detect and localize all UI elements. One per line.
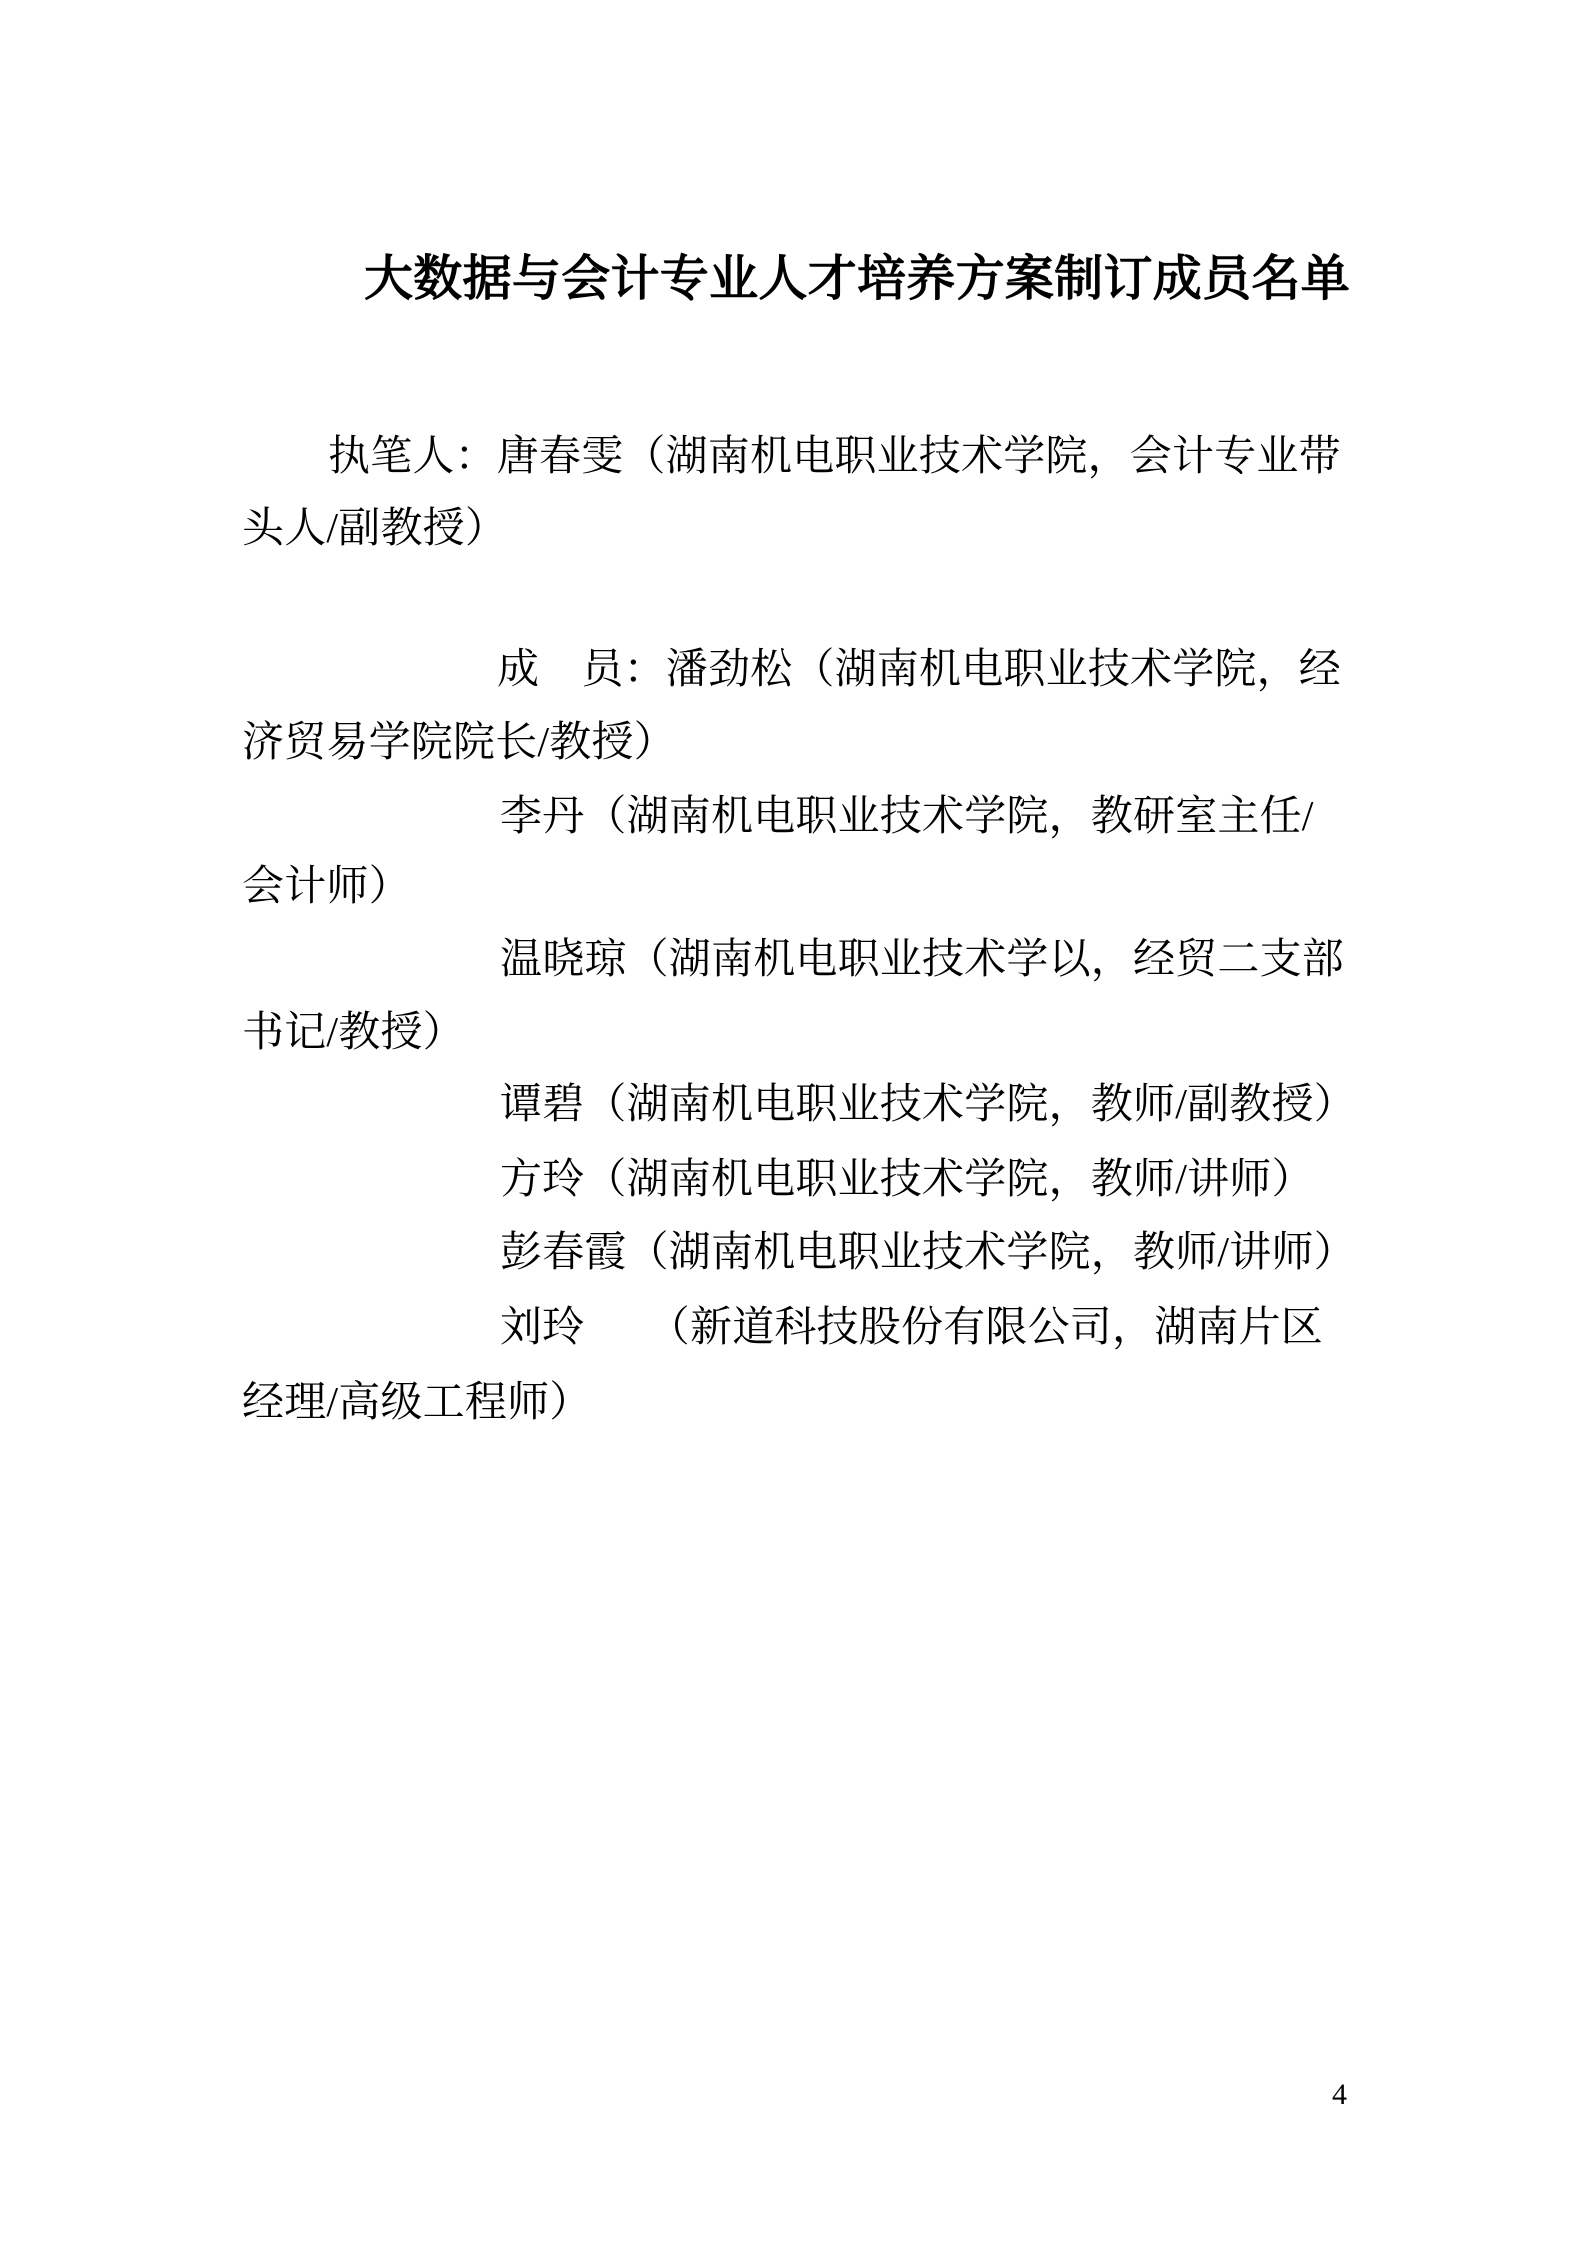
- text-line-member-pan-1: 成 员：潘劲松（湖南机电职业技术学院，经: [497, 646, 1341, 694]
- text-line-member-liuling-1: 刘玲 （新道科技股份有限公司，湖南片区: [500, 1304, 1323, 1352]
- text-line-member-lidan-1: 李丹（湖南机电职业技术学院，教研室主任/: [500, 793, 1314, 841]
- text-line-member-peng: 彭春霞（湖南机电职业技术学院，教师/讲师）: [500, 1229, 1356, 1277]
- text-line-member-wen-1: 温晓琼（湖南机电职业技术学以，经贸二支部: [500, 936, 1344, 984]
- text-line-author-1: 执笔人：唐春雯（湖南机电职业技术学院，会计专业带: [328, 433, 1341, 481]
- text-line-member-tanbi: 谭碧（湖南机电职业技术学院，教师/副教授）: [500, 1081, 1356, 1129]
- text-line-member-wen-2: 书记/教授）: [242, 1009, 465, 1057]
- text-line-member-pan-2: 济贸易学院院长/教授）: [242, 719, 676, 767]
- text-line-member-liuling-2: 经理/高级工程师）: [242, 1379, 591, 1427]
- text-line-author-2: 头人/副教授）: [242, 505, 507, 553]
- document-page: 大数据与会计专业人才培养方案制订成员名单 执笔人：唐春雯（湖南机电职业技术学院，…: [0, 0, 1587, 2245]
- page-number: 4: [1332, 2080, 1347, 2110]
- text-line-member-fangling: 方玲（湖南机电职业技术学院，教师/讲师）: [500, 1156, 1314, 1204]
- document-title: 大数据与会计专业人才培养方案制订成员名单: [364, 252, 1350, 307]
- text-line-member-lidan-2: 会计师）: [242, 863, 411, 911]
